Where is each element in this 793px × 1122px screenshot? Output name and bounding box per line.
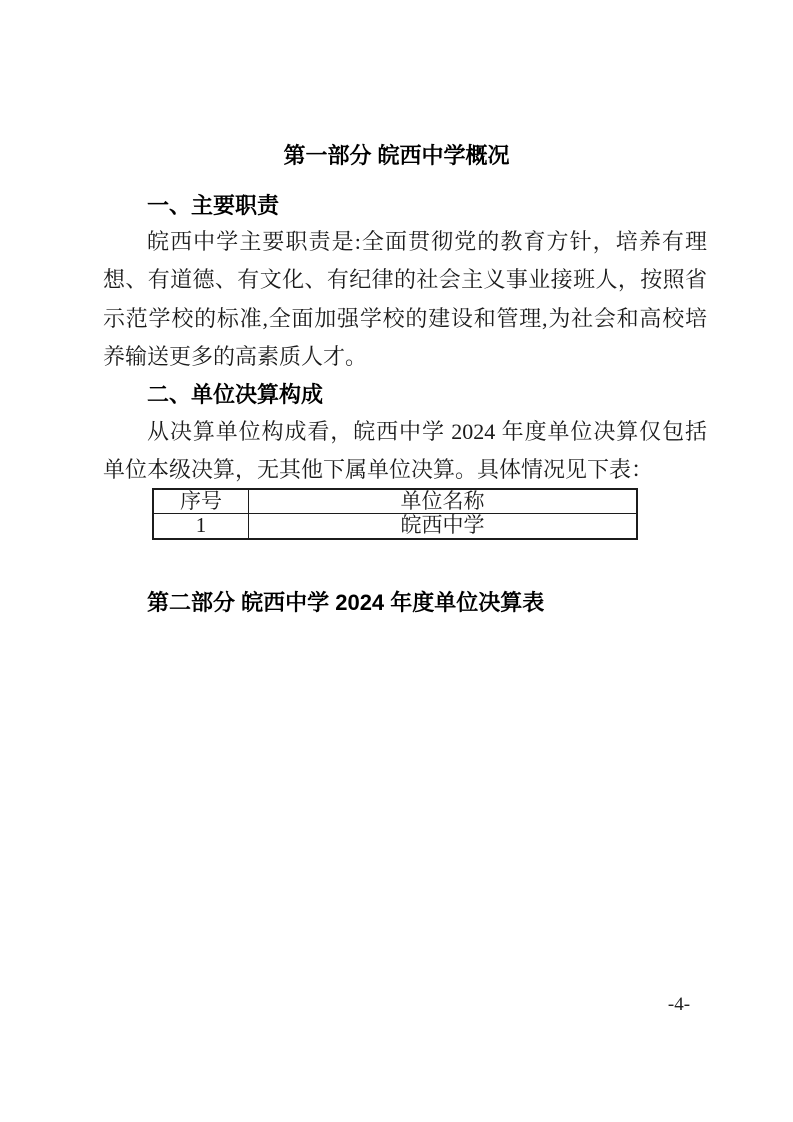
table-row: 1 皖西中学 xyxy=(153,513,637,539)
document-page: 第一部分 皖西中学概况 一、主要职责 皖西中学主要职责是:全面贯彻党的教育方针，… xyxy=(0,0,793,1122)
cell-unit-name: 皖西中学 xyxy=(249,513,638,539)
part2-title: 第二部分 皖西中学 2024 年度单位决算表 xyxy=(147,589,544,617)
section1-heading: 一、主要职责 xyxy=(147,192,279,220)
section1-paragraph: 皖西中学主要职责是:全面贯彻党的教育方针，培养有理想、有道德、有文化、有纪律的社… xyxy=(103,223,707,377)
column-header-unit-name: 单位名称 xyxy=(249,489,638,513)
part1-title: 第一部分 皖西中学概况 xyxy=(0,143,793,169)
unit-composition-table: 序号 单位名称 1 皖西中学 xyxy=(152,488,638,540)
column-header-serial-number: 序号 xyxy=(153,489,249,513)
section2-heading: 二、单位决算构成 xyxy=(147,381,323,409)
page-number: -4- xyxy=(661,994,697,1016)
section2-paragraph: 从决算单位构成看，皖西中学 2024 年度单位决算仅包括单位本级决算，无其他下属… xyxy=(103,413,707,490)
table-header-row: 序号 单位名称 xyxy=(153,489,637,513)
cell-serial-number: 1 xyxy=(153,513,249,539)
